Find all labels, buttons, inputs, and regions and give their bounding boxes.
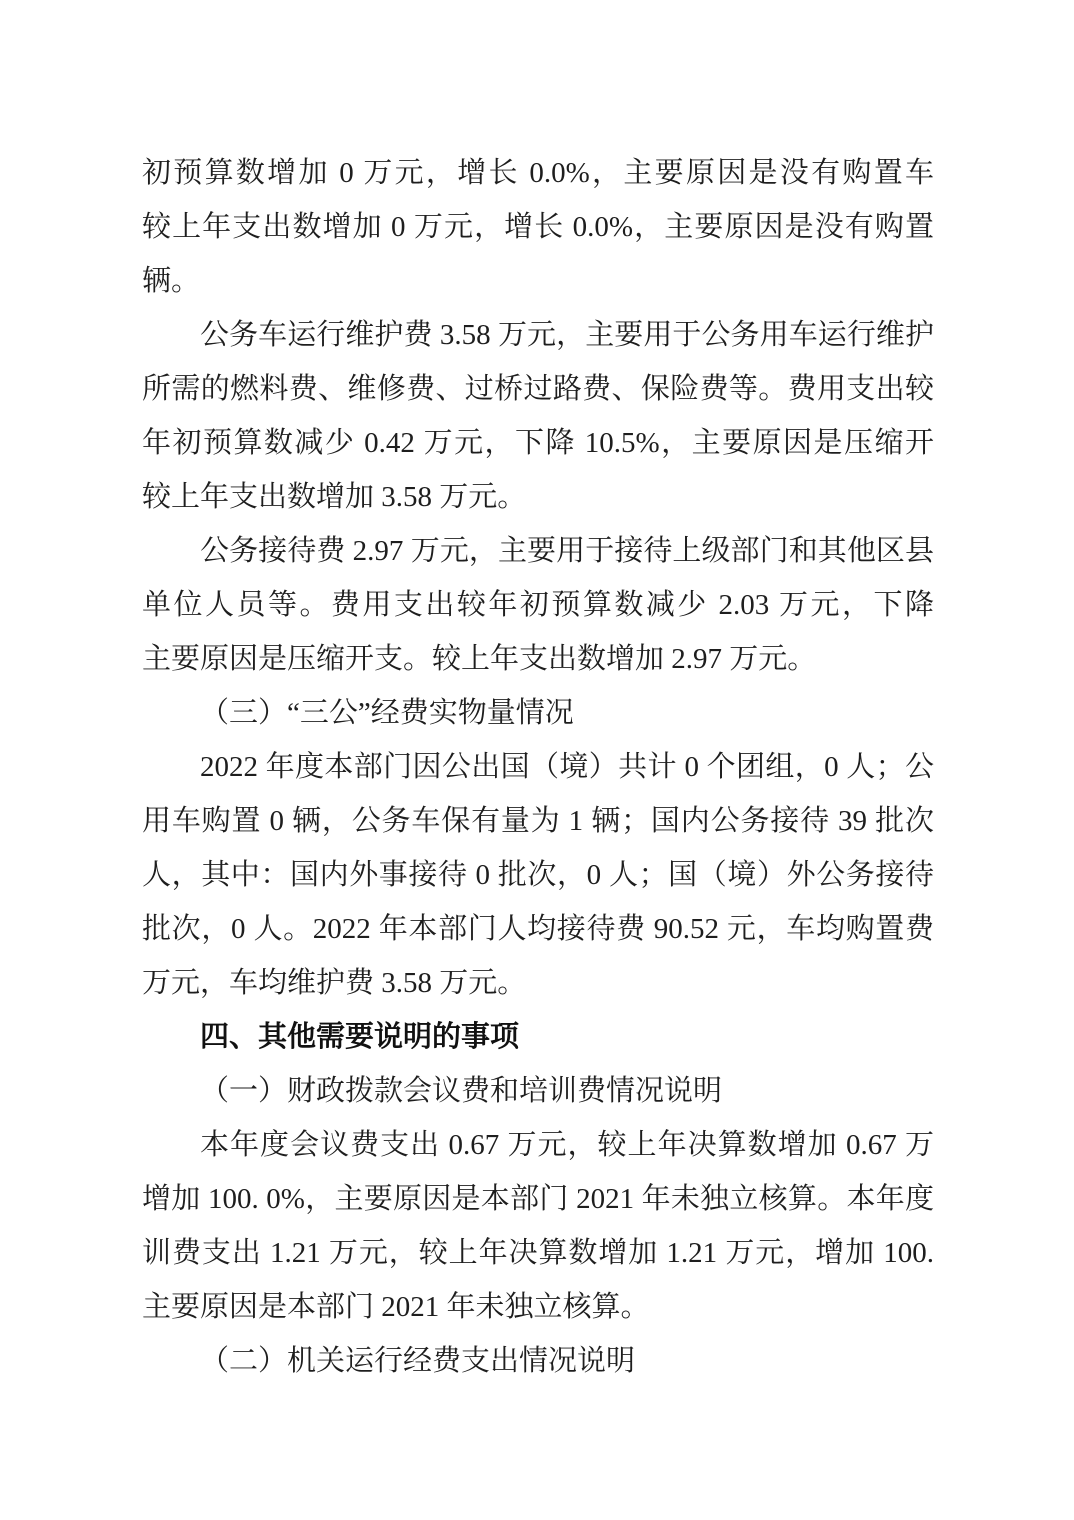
text-line: 单位人员等。费用支出较年初预算数减少 2.03 万元，下降 40.6%， [142, 578, 934, 632]
text-line: 公务车运行维护费 3.58 万元，主要用于公务用车运行维护 [142, 308, 934, 362]
text-line: 年初预算数减少 0.42 万元，下降 10.5%，主要原因是压缩开支。 [142, 416, 934, 470]
text-line: 增加 100. 0%，主要原因是本部门 2021 年未独立核算。本年度培 [142, 1172, 934, 1226]
subsection-heading: （二）机关运行经费支出情况说明 [142, 1334, 934, 1388]
text-line: 2022 年度本部门因公出国（境）共计 0 个团组，0 人；公务 [142, 740, 934, 794]
text-line: 较上年支出数增加 3.58 万元。 [142, 470, 934, 524]
text-line: 用车购置 0 辆，公务车保有量为 1 辆；国内公务接待 39 批次 328 [142, 794, 934, 848]
subsection-heading: （三）“三公”经费实物量情况 [142, 686, 934, 740]
subsection-heading: （一）财政拨款会议费和培训费情况说明 [142, 1064, 934, 1118]
text-block: 初预算数增加 0 万元，增长 0.0%，主要原因是没有购置车辆。较上年支出数增加… [142, 146, 934, 1388]
text-line: 人，其中：国内外事接待 0 批次，0 人；国（境）外公务接待 0 [142, 848, 934, 902]
text-line: 较上年支出数增加 0 万元，增长 0.0%，主要原因是没有购置车 [142, 200, 934, 254]
text-line: 公务接待费 2.97 万元，主要用于接待上级部门和其他区县 [142, 524, 934, 578]
text-line: 万元，车均维护费 3.58 万元。 [142, 956, 934, 1010]
section-heading: 四、其他需要说明的事项 [142, 1010, 934, 1064]
text-line: 本年度会议费支出 0.67 万元，较上年决算数增加 0.67 万元， [142, 1118, 934, 1172]
text-line: 辆。 [142, 254, 934, 308]
text-line: 主要原因是压缩开支。较上年支出数增加 2.97 万元。 [142, 632, 934, 686]
text-line: 批次，0 人。2022 年本部门人均接待费 90.52 元，车均购置费 0 [142, 902, 934, 956]
text-line: 训费支出 1.21 万元，较上年决算数增加 1.21 万元，增加 100. 0%… [142, 1226, 934, 1280]
text-line: 初预算数增加 0 万元，增长 0.0%，主要原因是没有购置车辆。 [142, 146, 934, 200]
text-line: 所需的燃料费、维修费、过桥过路费、保险费等。费用支出较 [142, 362, 934, 416]
document-page: 初预算数增加 0 万元，增长 0.0%，主要原因是没有购置车辆。较上年支出数增加… [0, 0, 1074, 1520]
text-line: 主要原因是本部门 2021 年未独立核算。 [142, 1280, 934, 1334]
